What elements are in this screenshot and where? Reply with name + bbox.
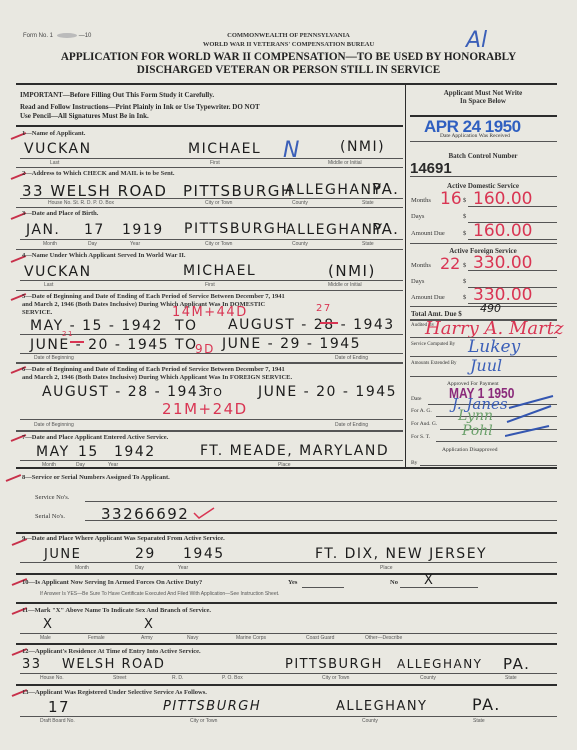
divider [16, 249, 403, 250]
for-st-signature: Pohl [462, 423, 493, 439]
divider [16, 602, 557, 604]
q13-label: 13—Applicant Was Registered Under Select… [22, 689, 207, 696]
q3-city[interactable]: PITTSBURGH [184, 221, 288, 237]
q10-no-label: No [390, 579, 398, 586]
option-label-army: Army [141, 635, 153, 641]
q4-label: 4—Name Under Which Applicant Served In W… [22, 252, 186, 259]
field-line [20, 562, 557, 563]
q5-label-line-3: SERVICE. [22, 309, 52, 316]
service-no-label: Service No's. [35, 494, 69, 501]
divider [16, 362, 403, 364]
field-line [20, 460, 403, 461]
sub-label: State [505, 675, 517, 681]
divider [410, 176, 557, 177]
service-computed-signature: Lukey [468, 337, 520, 357]
q11-label: 11—Mark "X" Above Name To Indicate Sex A… [22, 607, 211, 614]
sub-label: P. O. Box [222, 675, 243, 681]
field-line [20, 419, 403, 420]
office-heading-line-1: Applicant Must Not Write [408, 89, 558, 97]
field-line [436, 441, 557, 442]
field-line [20, 334, 403, 335]
divider [16, 573, 557, 575]
field-line [468, 270, 557, 271]
q12-house-no[interactable]: 33 [22, 657, 42, 672]
amounts-extended-signature: Juul [470, 356, 502, 375]
divider [16, 207, 403, 208]
sub-label: Last [50, 160, 59, 166]
approved-date-label: Date [411, 396, 421, 402]
option-label-navy: Navy [187, 635, 198, 641]
q3-day[interactable]: 17 [84, 222, 105, 238]
q1-middle[interactable]: (NMI) [340, 139, 385, 155]
divider [410, 243, 557, 244]
q11-mark-male[interactable]: X [43, 617, 53, 632]
total-amount-label: Total Amt. Due $ [411, 310, 462, 318]
correction-strike [320, 322, 338, 324]
sub-label: Middle or Initial [328, 282, 362, 288]
q3-label: 3—Date and Place of Birth. [22, 210, 98, 217]
option-label-male: Male [40, 635, 51, 641]
option-label-marine-corps: Marine Corps [236, 635, 266, 641]
q1-check-mark: N [283, 138, 301, 163]
option-label-female: Female [88, 635, 105, 641]
q12-city[interactable]: PITTSBURGH [285, 657, 383, 672]
q9-place[interactable]: FT. DIX, NEW JERSEY [315, 546, 487, 562]
divider [410, 376, 557, 377]
agency-line-1: COMMONWEALTH OF PENNSYLVANIA [0, 32, 577, 39]
q13-state[interactable]: PA. [472, 695, 501, 714]
field-line [85, 501, 557, 502]
sub-label: Street [113, 675, 126, 681]
option-label-other: Other—Describe [365, 635, 402, 641]
divider [16, 467, 557, 469]
batch-control-number: 14691 [410, 160, 452, 177]
disapproved-heading: Application Disapproved [442, 447, 497, 453]
instructions-line-1: IMPORTANT—Before Filling Out This Form S… [20, 91, 214, 99]
q9-year[interactable]: 1945 [183, 546, 225, 562]
q9-month[interactable]: JUNE [44, 547, 81, 562]
domestic-months-label: Months [411, 197, 431, 204]
field-line [468, 206, 557, 207]
sub-label: Year [130, 241, 140, 247]
q5-label-line-1: 5—Date of Beginning and Date of Ending o… [22, 293, 285, 300]
sub-label: Date of Ending [335, 422, 368, 428]
serial-no-label: Serial No's. [35, 513, 65, 520]
q7-month[interactable]: MAY [36, 444, 70, 460]
q13-city[interactable]: PITTSBURGH [163, 699, 261, 714]
blue-pencil-strokes [505, 392, 555, 440]
for-aud-signature: Lynn [458, 408, 493, 424]
sub-label: Day [88, 241, 97, 247]
option-label-coast-guard: Coast Guard [306, 635, 334, 641]
q6-label-line-1: 6—Date of Beginning and Date of Ending o… [22, 366, 285, 373]
for-aud-label: For Aud. G. [411, 421, 437, 427]
q1-last-name[interactable]: VUCKAN [24, 141, 92, 157]
q7-place[interactable]: FT. MEADE, MARYLAND [200, 443, 389, 459]
q2-label: 2—Address to Which CHECK and MAIL is to … [22, 170, 175, 177]
q9-label: 9—Date and Place Where Applicant Was Sep… [22, 535, 225, 542]
q1-first-name[interactable]: MICHAEL [188, 141, 261, 157]
sub-label: Month [43, 241, 57, 247]
audited-by-signature: Harry A. Martz [425, 318, 563, 339]
for-st-label: For S. T. [411, 434, 430, 440]
sub-label: City or Town [205, 200, 232, 206]
foreign-days-label: Days [411, 278, 424, 285]
disapproved-by-label: By [411, 460, 417, 466]
q1-label: 1—Name of Applicant. [22, 130, 85, 137]
agency-line-2: WORLD WAR II VETERANS' COMPENSATION BURE… [0, 41, 577, 48]
q5-date-correction: 27 [316, 303, 332, 314]
q9-day[interactable]: 29 [135, 546, 156, 562]
sub-label: City or Town [205, 241, 232, 247]
sub-label: County [292, 200, 308, 206]
q7-year[interactable]: 1942 [114, 444, 156, 460]
sub-label: First [210, 160, 220, 166]
correction-strike [70, 341, 84, 343]
foreign-amount-label: Amount Due [411, 294, 445, 301]
domestic-amount-due: 160.00 [473, 221, 532, 241]
q12-county[interactable]: ALLEGHANY [397, 657, 483, 671]
dollar-sign: $ [463, 262, 466, 269]
instructions-line-2: Read and Follow Instructions—Print Plain… [20, 103, 260, 111]
divider [16, 684, 557, 686]
q5-row2-end[interactable]: JUNE - 29 - 1945 [222, 336, 361, 352]
domestic-months-value: 16 [440, 189, 462, 209]
field-line [420, 465, 557, 466]
field-line [20, 158, 403, 159]
divider [16, 125, 403, 127]
sub-label: Middle or Initial [328, 160, 362, 166]
field-line [20, 198, 403, 199]
q11-mark-army[interactable]: X [144, 617, 154, 632]
field-line [20, 673, 557, 674]
office-heading-line-2: In Space Below [408, 97, 558, 105]
sub-label: Last [44, 282, 53, 288]
q5-row2-begin[interactable]: JUNE - 20 - 1945 [30, 337, 169, 353]
dollar-sign: $ [463, 278, 466, 285]
field-line [85, 520, 557, 521]
office-panel-divider [405, 84, 406, 467]
q8-label: 8—Service or Serial Numbers Assigned To … [22, 474, 170, 481]
domestic-amount-label: Amount Due [411, 230, 445, 237]
q4-middle[interactable]: (NMI) [328, 262, 376, 280]
divider [16, 643, 557, 645]
dollar-sign: $ [463, 230, 466, 237]
q3-county[interactable]: ALLEGHANY [286, 222, 384, 238]
q12-street[interactable]: WELSH ROAD [62, 657, 165, 672]
form-title-line-1: APPLICATION FOR WORLD WAR II COMPENSATIO… [0, 51, 577, 63]
field-line [400, 587, 478, 588]
q7-day[interactable]: 15 [78, 444, 99, 460]
total-amount-value: 490 [480, 302, 501, 315]
domestic-days-label: Days [411, 213, 424, 220]
q7-label: 7—Date and Place Applicant Entered Activ… [22, 434, 168, 441]
foreign-months-label: Months [411, 262, 431, 269]
sub-label: R. D. [172, 675, 183, 681]
sub-label: Month [75, 565, 89, 571]
field-line [20, 716, 557, 717]
q5-row1-to: TO [175, 318, 198, 334]
pencil-stroke-icon [505, 392, 555, 440]
field-line [302, 587, 344, 588]
divider [16, 167, 403, 168]
divider [16, 532, 557, 534]
sub-label: Date of Ending [335, 355, 368, 361]
initials-mark: Al [466, 28, 487, 53]
sub-label: Draft Board No. [40, 718, 75, 724]
sub-label: House No. St. R. D. P. O. Box [48, 200, 114, 206]
q6-begin[interactable]: AUGUST - 28 - 1943 [42, 384, 209, 400]
serial-check-icon [193, 505, 215, 524]
amounts-extended-label: Amounts Extended By [411, 361, 451, 367]
sub-label: State [362, 241, 374, 247]
dollar-sign: $ [463, 294, 466, 301]
sub-label: House No. [40, 675, 64, 681]
q4-first-name[interactable]: MICHAEL [183, 263, 256, 279]
q13-county[interactable]: ALLEGHANY [336, 699, 428, 714]
divider [16, 290, 403, 291]
sub-label: Year [178, 565, 188, 571]
sub-label: City or Town [322, 675, 349, 681]
field-line [20, 239, 403, 240]
q6-to: TO [205, 386, 223, 399]
q11-options: X X [0, 617, 577, 642]
dollar-sign: $ [463, 197, 466, 204]
sub-label: County [420, 675, 436, 681]
field-line [20, 280, 403, 281]
field-line [468, 239, 557, 240]
for-ag-label: For A. G. [411, 408, 432, 414]
q13-draft-board[interactable]: 17 [48, 698, 70, 716]
review-check-mark [6, 474, 22, 482]
divider [16, 430, 403, 432]
foreign-months-value: 22 [440, 254, 460, 273]
q2-state[interactable]: PA. [372, 180, 399, 198]
sub-label: Place [380, 565, 393, 571]
q5-row1-end[interactable]: AUGUST - 28 - 1943 [228, 317, 395, 333]
q10-note: If Answer Is YES—Be Sure To Have Certifi… [40, 591, 279, 597]
field-line [20, 353, 403, 354]
q10-no-value[interactable]: X [424, 573, 434, 588]
sub-label: State [473, 718, 485, 724]
sub-label: County [362, 718, 378, 724]
sub-label: County [292, 241, 308, 247]
q12-state[interactable]: PA. [503, 655, 530, 673]
sub-label: State [362, 200, 374, 206]
q5-row1-begin[interactable]: MAY - 15 - 1942 [30, 318, 163, 334]
form-title-line-2: DISCHARGED VETERAN OR PERSON STILL IN SE… [0, 64, 577, 76]
q2-county[interactable]: ALLEGHANY [285, 182, 383, 198]
q6-end[interactable]: JUNE - 20 - 1945 [258, 384, 397, 400]
sub-label: Day [135, 565, 144, 571]
service-computed-label: Service Computed By [411, 342, 451, 348]
divider [410, 141, 557, 142]
field-line [20, 633, 557, 634]
q3-month[interactable]: JAN. [26, 222, 60, 238]
q6-label-line-2: and March 2, 1946 (Both Dates Inclusive)… [22, 374, 292, 381]
sub-label: City or Town [190, 718, 217, 724]
received-date-label: Date Application Was Received [440, 133, 510, 139]
dollar-sign: $ [463, 213, 466, 220]
sub-label: First [205, 282, 215, 288]
sub-label: Date of Beginning [34, 355, 74, 361]
q4-last-name[interactable]: VUCKAN [24, 264, 92, 280]
q10-yes-label: Yes [288, 579, 297, 586]
q3-state[interactable]: PA. [372, 220, 399, 238]
instructions-line-3: Use Pencil—All Signatures Must Be in Ink… [20, 112, 149, 120]
q10-label: 10—Is Applicant Now Serving In Armed For… [22, 579, 202, 586]
batch-control-label: Batch Control Number [408, 152, 558, 160]
q6-period-annotation: 21M+24D [162, 400, 248, 418]
q3-year[interactable]: 1919 [122, 222, 164, 238]
header-divider [16, 83, 557, 85]
q12-label: 12—Applicant's Residence At Time of Entr… [22, 648, 201, 655]
sub-label: Date of Beginning [34, 422, 74, 428]
